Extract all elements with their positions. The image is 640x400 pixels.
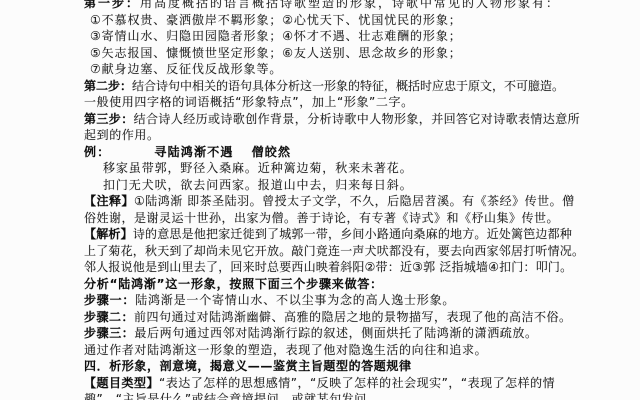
text-segment: 最后两句通过西邻对陆鸿渐行踪的叙述，侧面烘托了陆鸿渐的潇洒疏放。 <box>134 326 537 340</box>
text-line: ③寄情山水、归隐田园隐者形象；④怀才不遇、壮志难酬的形象； <box>84 28 570 45</box>
text-line: 第一步：用高度概括的语言概括诗歌塑造的形象，诗歌中常见的人物形象有： <box>84 0 570 12</box>
text-segment: 邻人报说他是到山里去了，回来时总要西山映着斜阳②带：近③郭 泛指城墙④扣门：叩门… <box>84 260 572 274</box>
text-segment: 俗姓谢，是谢灵运十世孙，出家为僧。善于诗论，有专著《诗式》和《杼山集》传世。 <box>84 211 559 225</box>
document-body: 第一步：用高度概括的语言概括诗歌塑造的形象，诗歌中常见的人物形象有：①不慕权贵、… <box>84 0 570 400</box>
text-line: 步骤二：前四句通过对陆鸿渐幽僻、高雅的隐居之地的景物描写，表现了他的高洁不俗。 <box>84 309 570 326</box>
text-segment-bold: 【题目类型】 <box>84 376 159 390</box>
text-line: 第三步：结合诗人经历或诗歌创作背景，分析诗歌中人物形象，并回答它对诗歌表情达意所 <box>84 111 570 128</box>
text-segment: 扣门无犬吠，欲去问西家。报道山中去，归来每日斜。 <box>103 178 413 192</box>
text-line: 四．析形象，剖意境，揭意义——鉴赏主旨题型的答题规律 <box>84 358 570 375</box>
text-segment: ⑤矢志报国、慷慨愤世坚定形象；⑥友人送别、思念故乡的形象； <box>90 46 462 60</box>
text-line: 【注释】①陆鸿渐 即茶圣陆羽。曾授太子文学，不久，后隐居苕溪。有《茶经》传世。僧 <box>84 193 570 210</box>
text-segment: ①不慕权贵、豪洒傲岸不羁形象；②心忧天下、忧国忧民的形象； <box>90 13 462 27</box>
text-line: 第二步：结合诗句中相关的语句具体分析这一形象的特征，概括时应忠于原文，不可臆造。 <box>84 78 570 95</box>
text-segment: 趣”，“主旨是什么”或结合意境提问，或就某句发问。 <box>84 392 379 400</box>
text-segment-bold: 【注释】 <box>84 194 134 208</box>
text-segment: 结合诗句中相关的语句具体分析这一形象的特征，概括时应忠于原文，不可臆造。 <box>132 79 564 93</box>
text-segment: ⑦献身边塞、反征伐反战形象等。 <box>90 62 282 76</box>
text-line: 步骤三：最后两句通过西邻对陆鸿渐行踪的叙述，侧面烘托了陆鸿渐的潇洒疏放。 <box>84 325 570 342</box>
text-segment: 起到的作用。 <box>84 128 160 142</box>
text-line: 扣门无犬吠，欲去问西家。报道山中去，归来每日斜。 <box>84 177 570 194</box>
text-segment: ①陆鸿渐 即茶圣陆羽。曾授太子文学，不久，后隐居苕溪。有《茶经》传世。僧 <box>134 194 575 208</box>
text-line: 【题目类型】“表达了怎样的思想感情”，“反映了怎样的社会现实”，“表现了怎样的情 <box>84 375 570 392</box>
text-line: 通过作者对陆鸿渐这一形象的塑造，表现了他对隐逸生活的向往和追求。 <box>84 342 570 359</box>
text-segment: ③寄情山水、归隐田园隐者形象；④怀才不遇、壮志难酬的形象； <box>90 29 462 43</box>
text-line: 【解析】诗的意思是他把家迁徙到了城郭一带，乡间小路通向桑麻的地方。近处篱笆边都种 <box>84 226 570 243</box>
text-segment-bold: 第二步： <box>84 79 132 93</box>
text-line: 俗姓谢，是谢灵运十世孙，出家为僧。善于诗论，有专著《诗式》和《杼山集》传世。 <box>84 210 570 227</box>
text-line: ①不慕权贵、豪洒傲岸不羁形象；②心忧天下、忧国忧民的形象； <box>84 12 570 29</box>
text-segment-bold: 步骤二： <box>84 310 134 324</box>
text-segment-bold: 第一步： <box>84 0 140 10</box>
text-segment: 前四句通过对陆鸿渐幽僻、高雅的隐居之地的景物描写，表现了他的高洁不俗。 <box>134 310 572 324</box>
text-line: 移家虽带郭，野径入桑麻。近种篱边菊，秋来未著花。 <box>84 160 570 177</box>
text-line: 例：寻陆鸿渐不遇僧皎然 <box>84 144 570 161</box>
text-line: 邻人报说他是到山里去了，回来时总要西山映着斜阳②带：近③郭 泛指城墙④扣门：叩门… <box>84 259 570 276</box>
text-line: 步骤一：陆鸿渐是一个寄情山水、不以尘事为念的高人逸士形象。 <box>84 292 570 309</box>
text-segment-bold: 僧皎然 <box>252 145 292 159</box>
text-line: ⑤矢志报国、慷慨愤世坚定形象；⑥友人送别、思念故乡的形象； <box>84 45 570 62</box>
text-segment: 诗的意思是他把家迁徙到了城郭一带，乡间小路通向桑麻的地方。近处篱笆边都种 <box>133 227 572 241</box>
text-segment-bold: 四．析形象，剖意境，揭意义——鉴赏主旨题型的答题规律 <box>84 359 412 373</box>
text-segment-bold: 分析“陆鸿渐”这一形象，按照下面三个步骤来做答： <box>84 277 383 291</box>
text-segment-bold: 例： <box>84 145 110 159</box>
text-segment-bold: 步骤一： <box>84 293 135 307</box>
text-segment: “表达了怎样的思想感情”，“反映了怎样的社会现实”，“表现了怎样的情 <box>159 376 555 390</box>
text-segment-bold: 【解析】 <box>84 227 133 241</box>
text-segment: 上了菊花，秋天到了却尚未见它开放。敲门竟连一声犬吠都没有，要去向西家邻居打听情况… <box>84 244 584 258</box>
text-line: 趣”，“主旨是什么”或结合意境提问，或就某句发问。 <box>84 391 570 400</box>
text-segment-bold: 寻陆鸿渐不遇 <box>154 145 233 159</box>
text-line: 分析“陆鸿渐”这一形象，按照下面三个步骤来做答： <box>84 276 570 293</box>
text-line: 一般使用四字格的词语概括“形象特点”，加上“形象”二字。 <box>84 94 570 111</box>
scanned-document-page: 第一步：用高度概括的语言概括诗歌塑造的形象，诗歌中常见的人物形象有：①不慕权贵、… <box>0 0 640 400</box>
text-line: 上了菊花，秋天到了却尚未见它开放。敲门竟连一声犬吠都没有，要去向西家邻居打听情况… <box>84 243 570 260</box>
text-segment: 结合诗人经历或诗歌创作背景，分析诗歌中人物形象，并回答它对诗歌表情达意所 <box>134 112 580 126</box>
text-segment: 移家虽带郭，野径入桑麻。近种篱边菊，秋来未著花。 <box>103 161 413 175</box>
text-segment: 用高度概括的语言概括诗歌塑造的形象，诗歌中常见的人物形象有： <box>140 0 560 10</box>
text-line: ⑦献身边塞、反征伐反战形象等。 <box>84 61 570 78</box>
text-segment: 通过作者对陆鸿渐这一形象的塑造，表现了他对隐逸生活的向往和追求。 <box>84 343 487 357</box>
text-line: 起到的作用。 <box>84 127 570 144</box>
text-segment: 陆鸿渐是一个寄情山水、不以尘事为念的高人逸士形象。 <box>135 293 455 307</box>
text-segment-bold: 步骤三： <box>84 326 134 340</box>
text-segment: 一般使用四字格的词语概括“形象特点”，加上“形象”二字。 <box>84 95 414 109</box>
text-segment-bold: 第三步： <box>84 112 134 126</box>
